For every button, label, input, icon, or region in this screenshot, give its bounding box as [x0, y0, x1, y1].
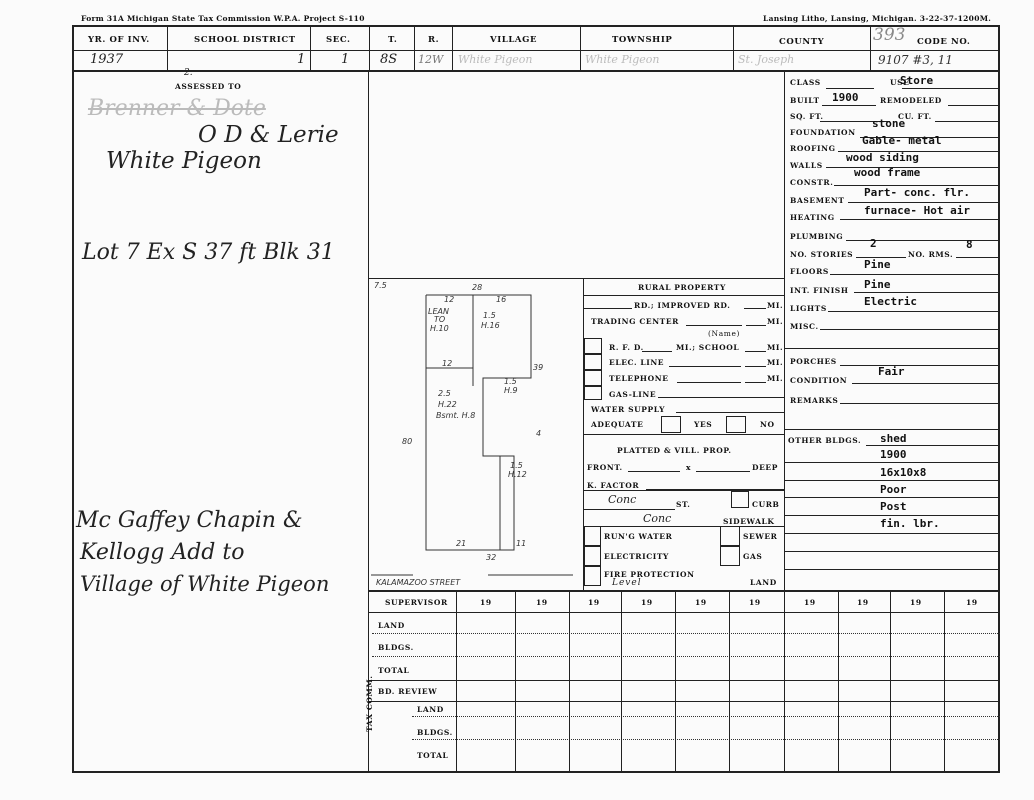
heating-value: furnace- Hot air	[864, 204, 970, 217]
svg-text:1.5: 1.5	[504, 377, 517, 386]
svg-text:H.10: H.10	[430, 324, 449, 333]
svg-text:H.16: H.16	[481, 321, 500, 330]
svg-text:TO: TO	[434, 315, 445, 324]
bd-review-label: BD. REVIEW	[378, 687, 437, 696]
village-value: White Pigeon	[458, 53, 533, 66]
electricity-checkbox[interactable]	[584, 546, 601, 566]
basement-value: Part- conc. flr.	[864, 186, 970, 199]
svg-text:1.5: 1.5	[483, 311, 496, 320]
int-finish-value: Pine	[864, 278, 891, 291]
col-school-district: SCHOOL DISTRICT	[194, 35, 296, 45]
lot-description: Lot 7 Ex S 37 ft Blk 31	[82, 240, 335, 265]
svg-text:32: 32	[486, 553, 496, 562]
yr-of-inv-value: 1937	[90, 52, 123, 67]
printer-line: Lansing Litho, Lansing, Michigan. 3-22-3…	[763, 14, 991, 23]
land-value: Level	[612, 578, 642, 588]
svg-text:80: 80	[402, 437, 412, 446]
county-value: St. Joseph	[738, 53, 794, 66]
owner-name: O D & Lerie	[198, 122, 339, 148]
svg-text:H.9: H.9	[504, 386, 518, 395]
sewer-checkbox[interactable]	[720, 526, 740, 546]
svg-text:11: 11	[516, 539, 526, 548]
struck-owner: Brenner & Dote	[88, 96, 266, 121]
col-r: R.	[428, 35, 439, 45]
col-county: COUNTY	[779, 37, 824, 47]
rooms-value: 8	[966, 238, 973, 251]
assessed-to-label: ASSESSED TO	[175, 82, 241, 91]
other-bldgs-label: OTHER BLDGS.	[788, 436, 861, 445]
svg-text:21: 21	[456, 539, 466, 548]
lights-value: Electric	[864, 295, 917, 308]
divider-right	[784, 70, 785, 590]
foundation-value: stone	[872, 117, 905, 130]
col-township: TOWNSHIP	[612, 35, 672, 45]
svg-text:16: 16	[496, 295, 506, 304]
addition-line-3: Village of White Pigeon	[80, 572, 329, 596]
fire-protection-checkbox[interactable]	[584, 566, 601, 586]
gas-line-checkbox[interactable]	[584, 386, 602, 400]
walls-value: wood siding	[846, 151, 919, 164]
street-surface-value: Conc	[608, 493, 636, 506]
owner-town: White Pigeon	[106, 148, 262, 174]
col-code-no: CODE NO.	[917, 37, 970, 47]
svg-text:12: 12	[444, 295, 454, 304]
svg-text:1.5: 1.5	[510, 461, 523, 470]
stories-value: 2	[870, 237, 877, 250]
col-village: VILLAGE	[490, 35, 537, 45]
sidewalk-value: Conc	[643, 512, 671, 525]
sec-value: 1	[341, 52, 349, 67]
tax-comm-label: TAX COMM.	[365, 675, 374, 732]
gas-checkbox[interactable]	[720, 546, 740, 566]
constr-value: wood frame	[854, 166, 920, 179]
running-water-checkbox[interactable]	[584, 526, 601, 546]
school-district-value: 1	[297, 52, 305, 67]
svg-text:7.5: 7.5	[374, 281, 387, 290]
township-value: White Pigeon	[585, 53, 660, 66]
svg-text:12: 12	[442, 359, 452, 368]
svg-text:4: 4	[536, 429, 541, 438]
street-name: KALAMAZOO STREET	[376, 578, 461, 587]
svg-text:Bsmt. H.8: Bsmt. H.8	[436, 411, 475, 420]
svg-text:H.22: H.22	[438, 400, 457, 409]
col-yr-of-inv: YR. OF INV.	[88, 35, 150, 45]
adequate-no-checkbox[interactable]	[726, 416, 746, 433]
roofing-value: Gable- metal	[862, 134, 941, 147]
t-value: 8S	[380, 52, 397, 67]
addition-line-1: Mc Gaffey Chapin &	[76, 508, 303, 533]
supervisor-label: SUPERVISOR	[385, 598, 448, 607]
svg-text:28: 28	[472, 283, 482, 292]
addition-line-2: Kellogg Add to	[80, 540, 244, 565]
form-title: Form 31A Michigan State Tax Commission W…	[81, 14, 365, 23]
rfd-checkbox[interactable]	[584, 338, 602, 354]
condition-value: Fair	[878, 365, 905, 378]
floors-value: Pine	[864, 258, 891, 271]
telephone-checkbox[interactable]	[584, 370, 602, 386]
col-sec: SEC.	[326, 35, 351, 45]
curb-checkbox[interactable]	[731, 491, 749, 508]
building-sketch: 7.5 28 12 16 12 39 80 4 21 11 32 LEAN TO…	[368, 278, 583, 590]
svg-text:2.5: 2.5	[438, 389, 451, 398]
built-value: 1900	[832, 91, 859, 104]
code-no-value: 9107 #3, 11	[878, 53, 953, 67]
svg-text:H.12: H.12	[508, 470, 527, 479]
elec-line-checkbox[interactable]	[584, 354, 602, 370]
col-t: T.	[388, 35, 397, 45]
r-value: 12W	[418, 53, 443, 66]
use-value: Store	[900, 74, 933, 87]
svg-text:39: 39	[533, 363, 543, 372]
code-prefix: 393	[873, 25, 905, 45]
adequate-yes-checkbox[interactable]	[661, 416, 681, 433]
